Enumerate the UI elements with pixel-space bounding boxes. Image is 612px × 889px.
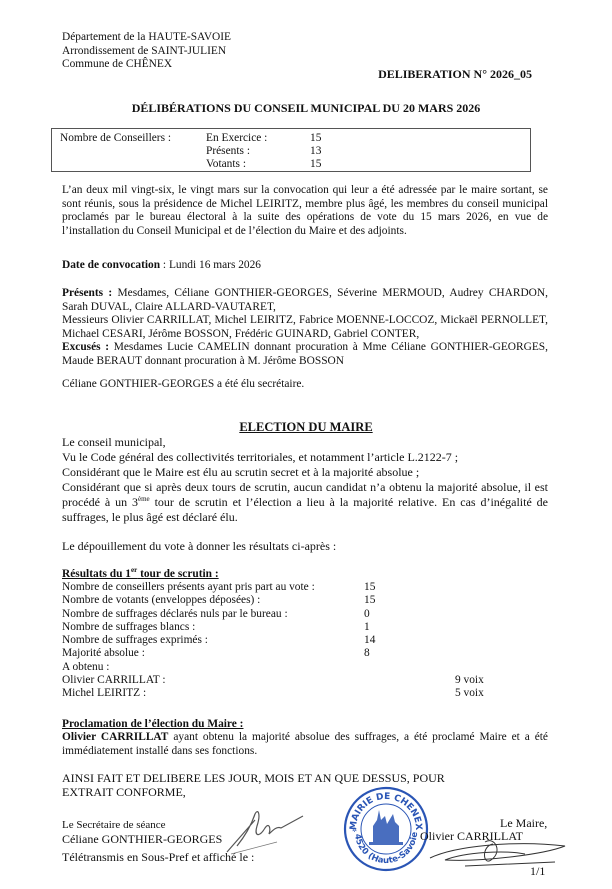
secretary-signature-icon — [225, 806, 305, 856]
convocation-date: Date de convocation : Lundi 16 mars 2026 — [62, 259, 261, 273]
ordinal-sup: ème — [138, 495, 150, 503]
depouillement-line: Le dépouillement du vote à donner les ré… — [62, 540, 336, 554]
result-label: A obtenu : — [62, 661, 109, 675]
considerant-line: Considérant que si après deux tours de s… — [62, 480, 548, 525]
results-title-text: tour de scrutin : — [137, 568, 218, 580]
count-row-value: 15 — [310, 132, 321, 146]
results-table: Nombre de conseillers présents ayant pri… — [62, 581, 542, 701]
result-value: 14 — [364, 634, 375, 648]
candidate-name: Michel LEIRITZ : — [62, 687, 146, 701]
results-title-text: Résultats du 1 — [62, 568, 131, 580]
presents-mesdames-text: Mesdames, Céliane GONTHIER-GEORGES, Séve… — [62, 287, 548, 313]
considerants: Le conseil municipal, Vu le Code général… — [62, 435, 548, 525]
header-address: Département de la HAUTE-SAVOIE Arrondiss… — [62, 31, 231, 72]
result-row: Nombre de suffrages blancs :1 — [62, 621, 542, 634]
mayor-elected-name: Olivier CARRILLAT — [62, 731, 168, 743]
result-row: A obtenu : — [62, 661, 542, 674]
commune-line: Commune de CHÊNEX — [62, 58, 231, 72]
deliberation-number: DELIBERATION N° 2026_05 — [378, 68, 532, 82]
proclamation-text: Olivier CARRILLAT ayant obtenu la majori… — [62, 731, 548, 758]
arrondissement-line: Arrondissement de SAINT-JULIEN — [62, 45, 231, 59]
count-row-label: Présents : — [206, 145, 250, 159]
result-row: Nombre de conseillers présents ayant pri… — [62, 581, 542, 594]
excuses: Excusés : Mesdames Lucie CAMELIN donnant… — [62, 341, 548, 368]
councillor-count-box: Nombre de Conseillers : En Exercice : 15… — [51, 128, 531, 172]
result-row: Nombre de suffrages exprimés :14 — [62, 634, 542, 647]
secretary-name: Céliane GONTHIER-GEORGES — [62, 833, 222, 847]
count-row-value: 13 — [310, 145, 321, 159]
excuses-text: Mesdames Lucie CAMELIN donnant procurati… — [62, 341, 548, 367]
result-label: Nombre de suffrages exprimés : — [62, 634, 208, 648]
presents-mesdames: Présents : Mesdames, Céliane GONTHIER-GE… — [62, 287, 548, 314]
result-label: Nombre de suffrages déclarés nuls par le… — [62, 608, 288, 622]
result-value: 0 — [364, 608, 370, 622]
candidate-row: Michel LEIRITZ :5 voix — [62, 687, 542, 700]
svg-text:✲: ✲ — [352, 827, 357, 834]
result-label: Majorité absolue : — [62, 647, 145, 661]
considerant-line: Vu le Code général des collectivités ter… — [62, 450, 548, 465]
count-row-label: Votants : — [206, 158, 246, 172]
page-number: 1/1 — [530, 865, 545, 879]
page-title: DÉLIBÉRATIONS DU CONSEIL MUNICIPAL DU 20… — [0, 102, 612, 116]
count-row-value: 15 — [310, 158, 321, 172]
secretary-role: Le Secrétaire de séance — [62, 819, 166, 833]
result-label: Nombre de suffrages blancs : — [62, 621, 195, 635]
result-row: Nombre de votants (enveloppes déposées) … — [62, 594, 542, 607]
result-label: Nombre de conseillers présents ayant pri… — [62, 581, 315, 595]
result-value: 1 — [364, 621, 370, 635]
considerant-line: Le conseil municipal, — [62, 435, 548, 450]
presents-messieurs: Messieurs Olivier CARRILLAT, Michel LEIR… — [62, 314, 548, 341]
secretary-election: Céliane GONTHIER-GEORGES a été élu secré… — [62, 378, 304, 392]
convocation-label: Date de convocation — [62, 259, 160, 271]
convocation-value: : Lundi 16 mars 2026 — [160, 259, 261, 271]
count-label: Nombre de Conseillers : — [60, 132, 171, 146]
result-row: Nombre de suffrages déclarés nuls par le… — [62, 608, 542, 621]
considerant-line: Considérant que le Maire est élu au scru… — [62, 465, 548, 480]
attendance-section: Présents : Mesdames, Céliane GONTHIER-GE… — [62, 287, 548, 369]
department-line: Département de la HAUTE-SAVOIE — [62, 31, 231, 45]
proclamation-title: Proclamation de l’élection du Maire : — [62, 718, 243, 732]
results-title: Résultats du 1er tour de scrutin : — [62, 568, 219, 582]
intro-paragraph: L’an deux mil vingt-six, le vingt mars s… — [62, 184, 548, 238]
excuses-label: Excusés : — [62, 341, 109, 353]
result-row: Majorité absolue :8 — [62, 647, 542, 660]
election-title: ELECTION DU MAIRE — [0, 421, 612, 435]
candidate-votes: 5 voix — [455, 687, 484, 701]
result-label: Nombre de votants (enveloppes déposées) … — [62, 594, 260, 608]
result-value: 15 — [364, 581, 375, 595]
mairie-stamp-icon: MAIRIE DE CHENEX 74520 (Haute-Savoie) ✲ — [343, 786, 429, 872]
candidate-name: Olivier CARRILLAT : — [62, 674, 166, 688]
result-value: 8 — [364, 647, 370, 661]
mayor-signature-icon — [425, 832, 570, 872]
presents-label: Présents : — [62, 287, 112, 299]
result-value: 15 — [364, 594, 375, 608]
candidate-row: Olivier CARRILLAT :9 voix — [62, 674, 542, 687]
candidate-votes: 9 voix — [455, 674, 484, 688]
count-row-label: En Exercice : — [206, 132, 267, 146]
